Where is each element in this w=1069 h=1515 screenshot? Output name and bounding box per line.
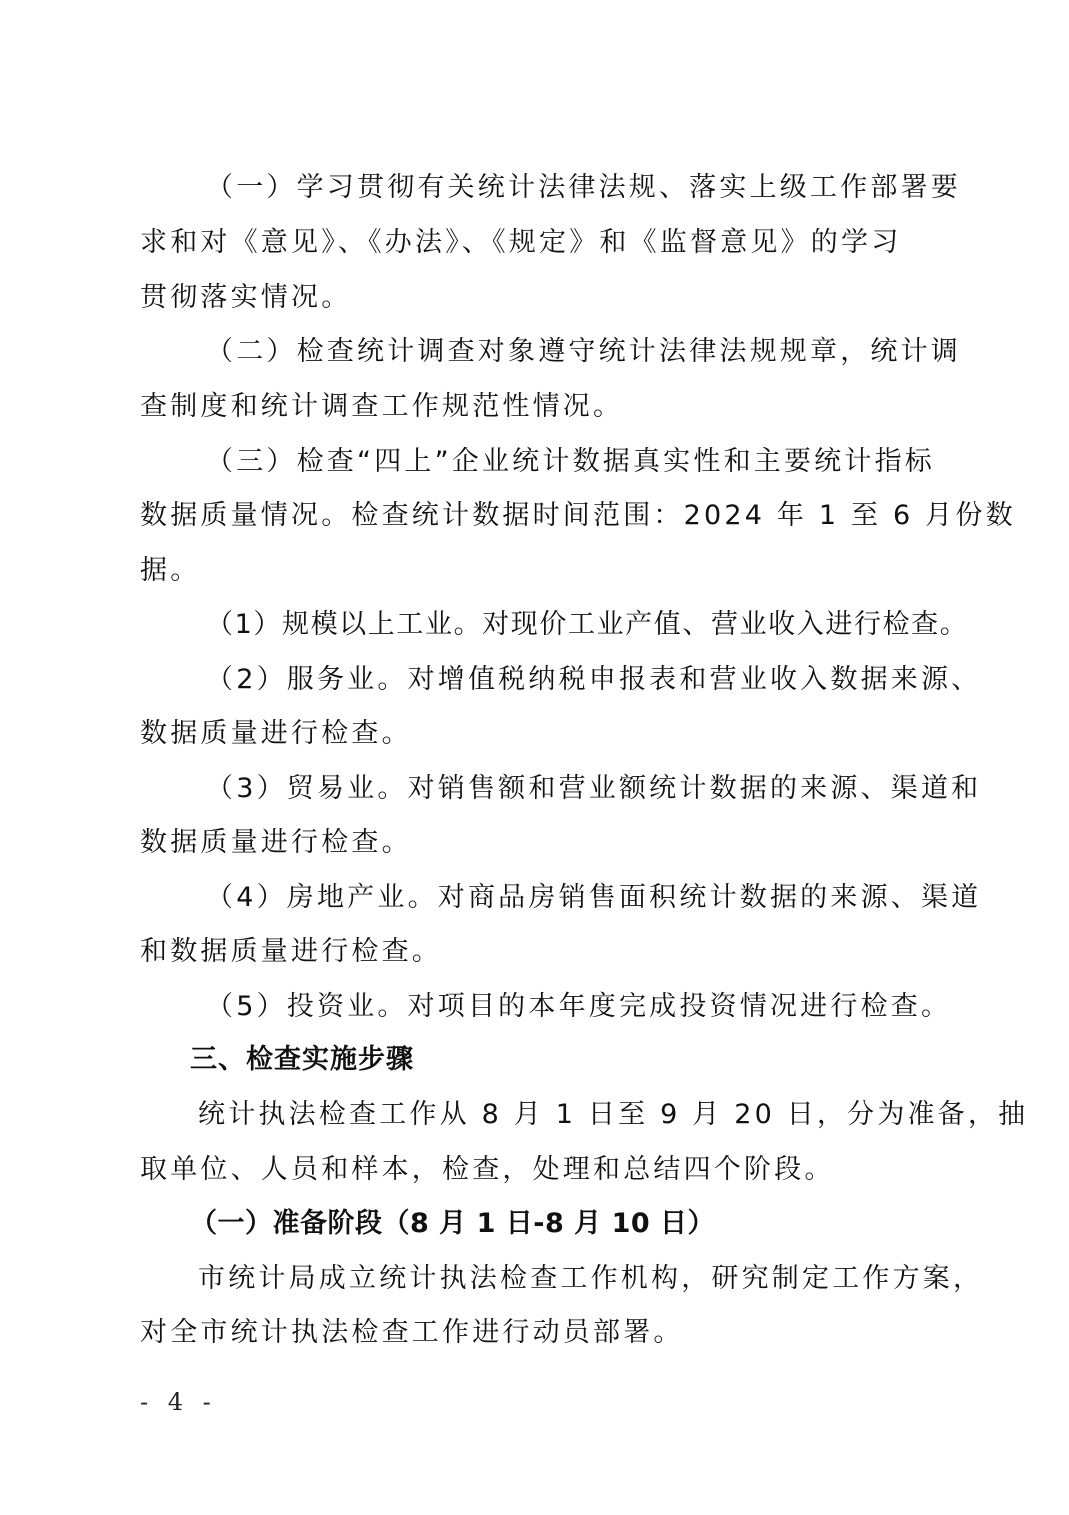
paragraph-line: （三）检查“四上”企业统计数据真实性和主要统计指标 — [206, 446, 1006, 478]
paragraph-line: 贯彻落实情况。 — [140, 282, 940, 314]
page-number: - 4 - — [140, 1388, 217, 1416]
paragraph-line: （4）房地产业。对商品房销售面积统计数据的来源、渠道 — [206, 882, 1006, 914]
paragraph-line: （一）学习贯彻有关统计法律法规、落实上级工作部署要 — [206, 172, 1006, 204]
subsection-heading: （一）准备阶段（8 月 1 日-8 月 10 日） — [190, 1208, 990, 1240]
paragraph-line: （1）规模以上工业。对现价工业产值、营业收入进行检查。 — [206, 609, 1006, 641]
paragraph-line: 数据质量进行检查。 — [140, 827, 940, 859]
paragraph-line: （二）检查统计调查对象遵守统计法律法规规章，统计调 — [206, 336, 1006, 368]
document-page: （一）学习贯彻有关统计法律法规、落实上级工作部署要 求和对《意见》、《办法》、《… — [0, 0, 1069, 1515]
paragraph-line: 查制度和统计调查工作规范性情况。 — [140, 391, 940, 423]
paragraph-line: （2）服务业。对增值税纳税申报表和营业收入数据来源、 — [206, 664, 1006, 696]
paragraph-line: （5）投资业。对项目的本年度完成投资情况进行检查。 — [206, 991, 1006, 1023]
paragraph-line: 据。 — [140, 555, 940, 587]
paragraph-line: 市统计局成立统计执法检查工作机构，研究制定工作方案， — [198, 1263, 998, 1295]
paragraph-line: 数据质量情况。检查统计数据时间范围：2024 年 1 至 6 月份数 — [140, 500, 940, 532]
paragraph-line: 和数据质量进行检查。 — [140, 936, 940, 968]
paragraph-line: 求和对《意见》、《办法》、《规定》和《监督意见》的学习 — [140, 227, 940, 259]
paragraph-line: 数据质量进行检查。 — [140, 718, 940, 750]
paragraph-line: 统计执法检查工作从 8 月 1 日至 9 月 20 日，分为准备，抽 — [198, 1099, 998, 1131]
paragraph-line: （3）贸易业。对销售额和营业额统计数据的来源、渠道和 — [206, 773, 1006, 805]
paragraph-line: 取单位、人员和样本，检查，处理和总结四个阶段。 — [140, 1154, 940, 1186]
paragraph-line: 对全市统计执法检查工作进行动员部署。 — [140, 1317, 940, 1349]
section-heading: 三、检查实施步骤 — [190, 1044, 990, 1076]
